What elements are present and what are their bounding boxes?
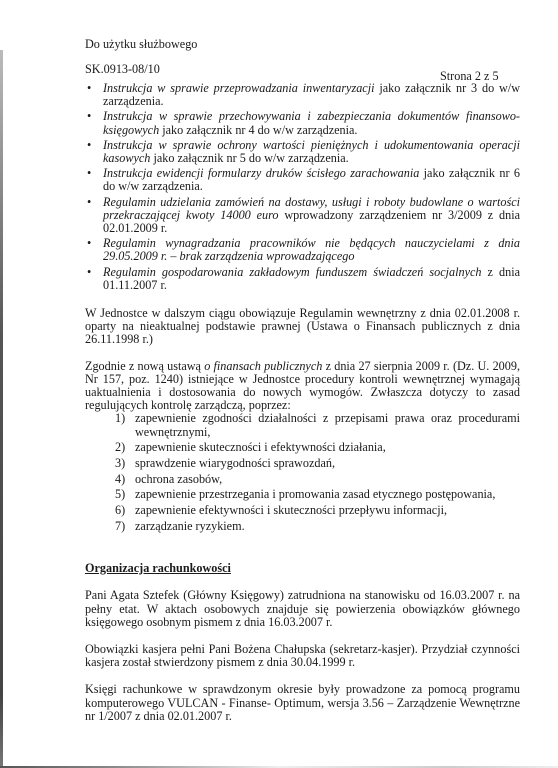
paragraph-ustawa-title: o finansach publicznych <box>204 359 322 373</box>
list-item: 3)sprawdzenie wiarygodności sprawozdań, <box>115 457 520 470</box>
list-item: 5)zapewnienie przestrzegania i promowani… <box>115 488 520 501</box>
list-item: Regulamin udzielania zamówień na dostawy… <box>85 196 520 236</box>
paragraph-ustawa-intro: Zgodnie z nową ustawą <box>85 359 204 373</box>
regulations-list: Instrukcja w sprawie przeprowadzania inw… <box>85 82 520 292</box>
item-text: zapewnienie efektywności i skuteczności … <box>135 503 447 517</box>
item-text: zarządzanie ryzykiem. <box>135 519 245 533</box>
list-item: Regulamin gospodarowania zakładowym fund… <box>85 266 520 292</box>
section-heading: Organizacja rachunkowości <box>85 562 520 575</box>
list-item: 7)zarządzanie ryzykiem. <box>115 520 520 533</box>
list-item: Regulamin wynagradzania pracowników nie … <box>85 237 520 263</box>
list-item: 6)zapewnienie efektywności i skutecznośc… <box>115 504 520 517</box>
list-item: Instrukcja w sprawie ochrony wartości pi… <box>85 139 520 165</box>
list-item: 1)zapewnienie zgodności działalności z p… <box>115 412 520 438</box>
list-item: Instrukcja w sprawie przeprowadzania inw… <box>85 82 520 108</box>
paragraph-accounting-software: Księgi rachunkowe w sprawdzonym okresie … <box>85 683 520 723</box>
item-number: 4) <box>115 473 125 486</box>
list-item-title: Regulamin gospodarowania zakładowym fund… <box>103 265 482 279</box>
paragraph-cashier: Obowiązki kasjera pełni Pani Bożena Chał… <box>85 643 520 669</box>
paragraph-regulamin: W Jednostce w dalszym ciągu obowiązuje R… <box>85 307 520 347</box>
list-item: Instrukcja ewidencji formularzy druków ś… <box>85 167 520 193</box>
document-reference: SK.0913-08/10 <box>85 63 160 76</box>
item-number: 7) <box>115 520 125 533</box>
classification-note: Do użytku służbowego <box>85 38 197 51</box>
list-item-title: Instrukcja ewidencji formularzy druków ś… <box>103 166 419 180</box>
list-item: 4)ochrona zasobów, <box>115 473 520 486</box>
control-objectives-list: 1)zapewnienie zgodności działalności z p… <box>85 412 520 533</box>
item-number: 2) <box>115 441 125 454</box>
scanned-document-page: Do użytku służbowego SK.0913-08/10 Stron… <box>0 0 558 768</box>
item-text: zapewnienie skuteczności i efektywności … <box>135 440 386 454</box>
item-number: 5) <box>115 488 125 501</box>
list-item-detail: jako załącznik nr 5 do w/w zarządzenia. <box>150 151 348 165</box>
list-item: 2)zapewnienie skuteczności i efektywnośc… <box>115 441 520 454</box>
item-text: ochrona zasobów, <box>135 472 222 486</box>
list-item-detail: jako załącznik nr 4 do w/w zarządzenia. <box>159 123 357 137</box>
document-body: Instrukcja w sprawie przeprowadzania inw… <box>85 82 520 723</box>
scan-edge-left <box>0 50 3 768</box>
item-text: sprawdzenie wiarygodności sprawozdań, <box>135 456 335 470</box>
paragraph-chief-accountant: Pani Agata Sztefek (Główny Księgowy) zat… <box>85 589 520 629</box>
list-item-title: Instrukcja w sprawie przeprowadzania inw… <box>103 81 375 95</box>
item-text: zapewnienie zgodności działalności z prz… <box>135 411 520 438</box>
item-number: 3) <box>115 457 125 470</box>
list-item: Instrukcja w sprawie przechowywania i za… <box>85 110 520 136</box>
paragraph-ustawa: Zgodnie z nową ustawą o finansach public… <box>85 360 520 413</box>
item-text: zapewnienie przestrzegania i promowania … <box>135 487 495 501</box>
item-number: 6) <box>115 504 125 517</box>
list-item-title: Regulamin wynagradzania pracowników nie … <box>103 236 520 263</box>
item-number: 1) <box>115 412 125 425</box>
